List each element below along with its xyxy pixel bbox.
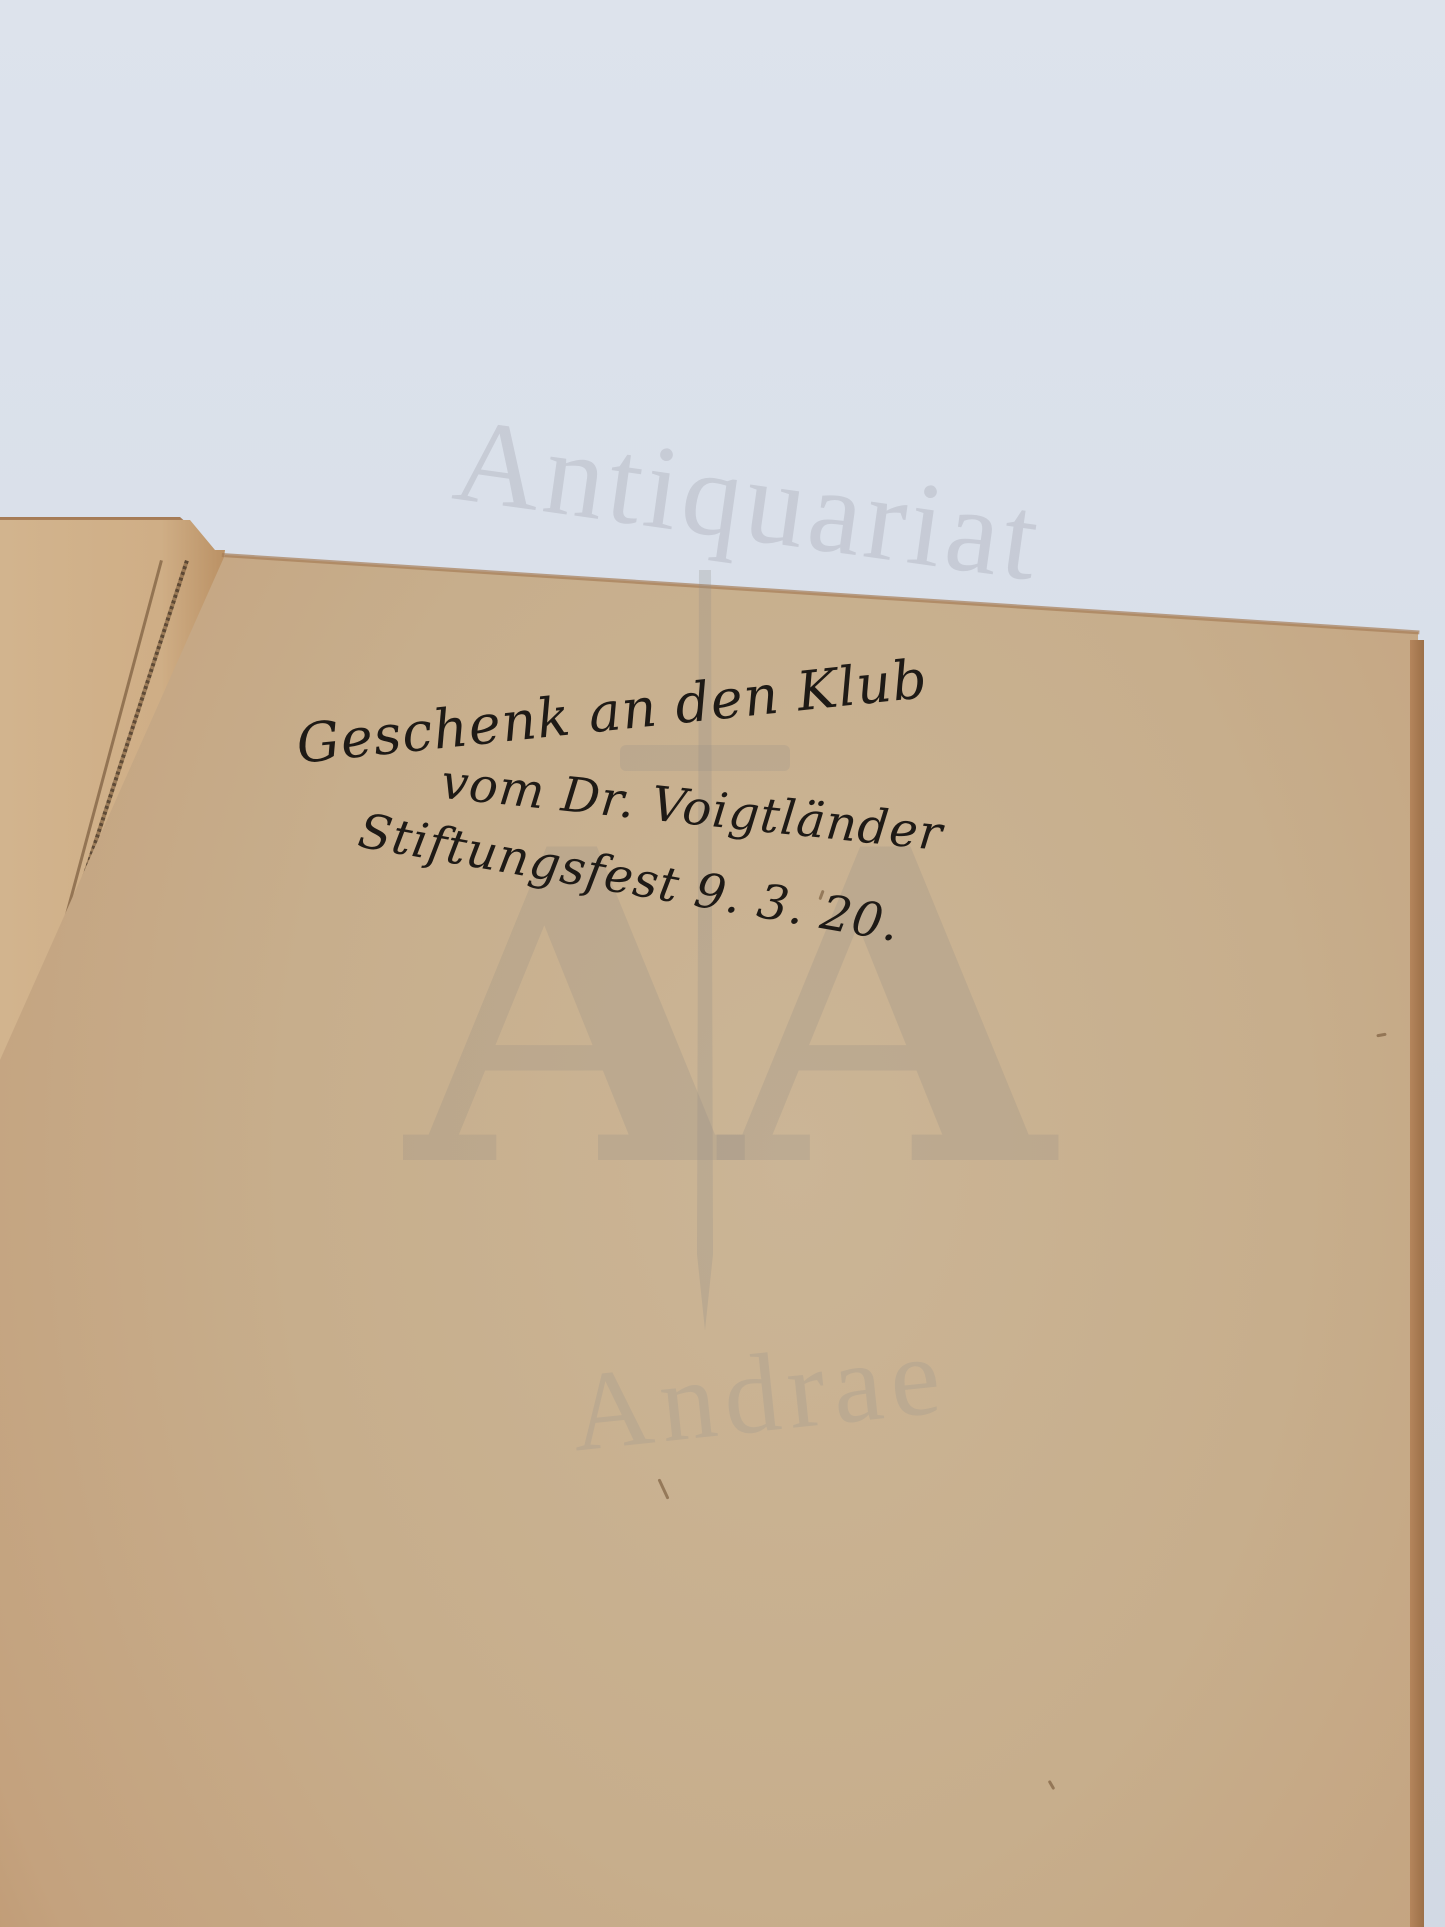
- book-photo: Antiquariat AA Andrae Geschenk an den Kl…: [0, 0, 1445, 1927]
- inscription-line-1: Geschenk an den Klub: [293, 647, 930, 776]
- page-fore-edge: [1410, 640, 1424, 1927]
- handwritten-inscription: Geschenk an den Klub vom Dr. Voigtländer…: [280, 660, 1140, 980]
